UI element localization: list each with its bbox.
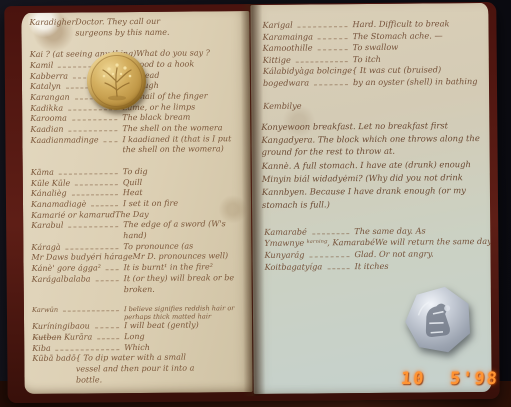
entry-word: Kánalièg (31, 189, 67, 200)
leader-dashes (95, 327, 119, 328)
entry-word: Karágalbalaba (32, 274, 91, 285)
entry-translation: by an oyster (shell) in bathing (353, 76, 483, 89)
entry-word: Kánè' gore ágga² (32, 263, 101, 274)
silver-coin-figure-design (398, 279, 479, 360)
entry-translation: It (or they) will break or be broken. (124, 273, 246, 295)
right-page-entries-2: Kamarabé The same day. As Ymawnye ᵏᵃʳⁿⁱⁿ… (252, 210, 491, 273)
entry-word: Mr Daws budyéri hárage (31, 252, 132, 264)
date-stamp: 10 5'98 (400, 369, 499, 389)
entry-word: Karangan (30, 92, 70, 103)
entry-word: Ymawnye ᵏᵃʳⁿⁱⁿᵍ, Kamarabé (264, 237, 375, 250)
gold-coin-floral-design (87, 52, 146, 110)
right-page-paragraphs: Konyewoon breakfast. Let no breakfast fi… (251, 111, 490, 211)
entry-translation: I believe signifies reddish hair or perh… (124, 305, 246, 321)
leader-dashes (56, 349, 120, 351)
paragraph-line: Minyin biál widadyėmi? (Why did you not … (262, 171, 486, 185)
entry-word: Kálabidyàga bolcinge (263, 65, 352, 77)
leader-dashes (96, 280, 119, 281)
entry-word: Kiba (32, 343, 51, 354)
leader-dashes (66, 248, 119, 249)
dictionary-entry-row: Karadigher Doctor. They call our surgeon… (29, 16, 243, 39)
entry-word: Kadikka (30, 103, 63, 114)
entry-word: Kamarié or kamarud (31, 210, 115, 221)
entry-word: Kūbā badō (32, 354, 75, 365)
leader-dashes (72, 119, 117, 120)
entry-word: Kamoothille (263, 43, 313, 55)
leader-dashes (318, 49, 348, 50)
entry-word: Kunyarág (264, 250, 304, 262)
photograph-of-notebook: Karadigher Doctor. They call our surgeon… (0, 0, 511, 407)
entry-word: Káragà (31, 242, 60, 253)
paragraph-line: Kangadyera. The block which one throws a… (261, 132, 485, 159)
entry-word: Kamil (30, 61, 54, 72)
entry-translation: We will return the same day (375, 236, 492, 249)
entry-word: Kamarabé (264, 226, 307, 238)
leader-dashes (314, 84, 348, 85)
entry-word: Kaadian (30, 125, 63, 136)
leader-dashes (298, 26, 348, 27)
entry-word: Karwūn (32, 307, 58, 315)
dictionary-entry-row: bogedwara by an oyster (shell) in bathin… (263, 76, 483, 90)
leader-dashes (68, 226, 118, 227)
dictionary-entry-row: Kembilye (263, 99, 483, 113)
leader-dashes (312, 233, 349, 234)
entry-word: K̶u̶t̶b̶a̶n̶ Kurāra (32, 332, 92, 343)
leader-dashes (72, 194, 118, 195)
leader-dashes (91, 205, 118, 206)
leader-dashes (327, 268, 349, 269)
leader-dashes (63, 310, 119, 311)
dictionary-entry-row: Karágalbalaba It (or they) will break or… (32, 273, 246, 296)
entry-word: Kanamadiagè (31, 199, 86, 210)
entry-word: Kūle Kūle (31, 178, 70, 189)
leader-dashes (68, 130, 117, 131)
entry-translation: The edge of a sword (W's hand) (123, 219, 245, 241)
leader-dashes (318, 38, 348, 39)
dictionary-entry-row: Koitbagatyíga It itches (265, 260, 485, 274)
right-page-entries: Karigal Hard. Difficult to break Karamai… (250, 3, 489, 113)
dictionary-entry-row: Kaadianmadinge I kaadianed it (that is I… (30, 134, 244, 157)
entry-word: Karooma (30, 114, 67, 125)
entry-word: Karamainga (263, 31, 314, 43)
entry-word: Kuríningibaou (32, 322, 90, 333)
entry-word: Karigal (262, 20, 292, 32)
silver-heptagonal-coin (404, 285, 474, 355)
entry-translation: I kaadianed it (that is I put the shell … (122, 134, 244, 156)
entry-word: Karabul (31, 221, 63, 232)
paragraph-line: Konyewoon breakfast. Let no breakfast fi… (261, 119, 485, 133)
entry-translation: It itches (355, 260, 485, 273)
entry-word: Koitbagatyíga (265, 261, 323, 273)
dictionary-entry-row: Karabul The edge of a sword (W's hand) (31, 219, 245, 242)
paragraph-line: Kannè. A full stomach. I have ate (drunk… (262, 158, 486, 172)
entry-word: Kāma (31, 168, 54, 179)
entry-word: Karadigher (29, 18, 75, 29)
silver-coin-face (398, 279, 479, 360)
entry-translation: { To dip water with a small vessel and t… (76, 353, 198, 386)
leader-dashes (310, 256, 350, 257)
leader-dashes (296, 61, 348, 62)
entry-word: Kaadianmadinge (30, 135, 98, 146)
entry-word: Kabberra (30, 71, 68, 82)
entry-word: bogedwara (263, 77, 309, 89)
gold-coin (87, 52, 146, 110)
entry-word: Kittige (263, 54, 291, 66)
leader-dashes (104, 141, 118, 142)
paragraph-line: Kannbyen. Because I have drank enough (o… (262, 184, 486, 211)
entry-word: Kembilye (263, 101, 302, 113)
leader-dashes (59, 173, 118, 175)
leader-dashes (106, 269, 119, 270)
entry-translation: Doctor. They call our surgeons by this n… (75, 16, 197, 38)
entry-translation: Which (124, 342, 246, 354)
leader-dashes (97, 338, 119, 339)
leader-dashes (75, 184, 118, 185)
dictionary-entry-row: Kūbā badō { To dip water with a small ve… (32, 352, 246, 386)
entry-word: Katalyn (30, 82, 61, 93)
entry-translation (302, 108, 432, 109)
